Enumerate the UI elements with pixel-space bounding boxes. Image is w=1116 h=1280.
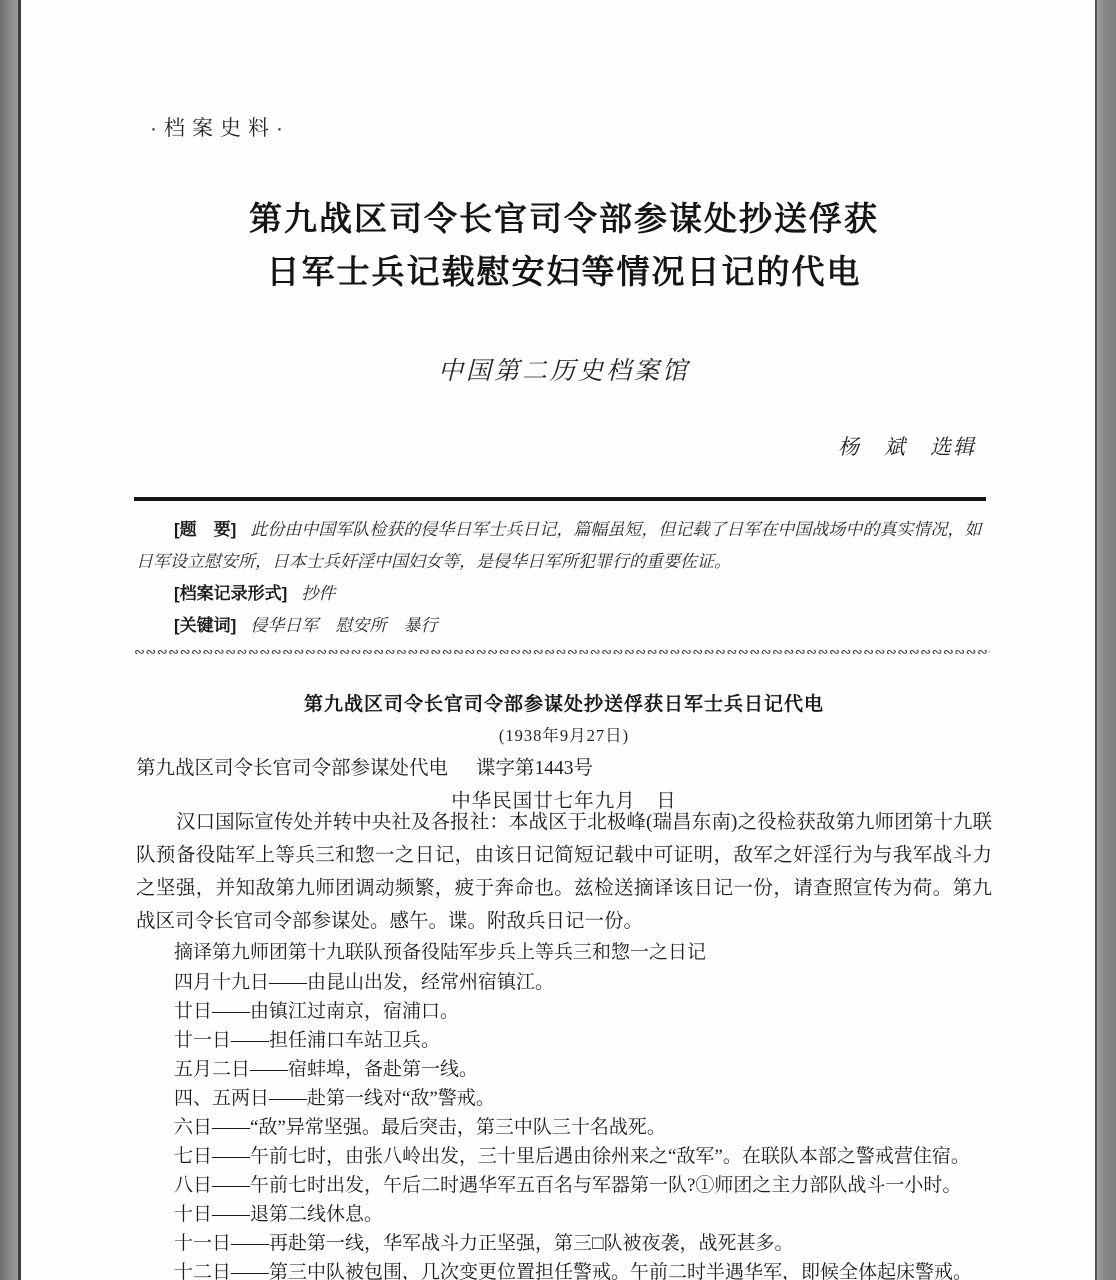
abstract-block: [题 要]此份由中国军队检获的侵华日军士兵日记，篇幅虽短，但记载了日军在中国战场… (136, 514, 992, 642)
record-format-label: [档案记录形式] (174, 584, 287, 603)
abstract-summary-text: 此份由中国军队检获的侵华日军士兵日记，篇幅虽短，但记载了日军在中国战场中的真实情… (136, 520, 981, 571)
record-format-row: [档案记录形式]抄件 (136, 578, 992, 610)
diary-entry: 四月十九日——由昆山出发，经常州宿镇江。 (136, 968, 992, 997)
abstract-summary: [题 要]此份由中国军队检获的侵华日军士兵日记，篇幅虽短，但记载了日军在中国战场… (136, 514, 992, 578)
keywords-label: [关键词] (174, 616, 236, 635)
compiler-credit: 杨 斌 选辑 (838, 431, 976, 461)
keywords-list: 侵华日军 慰安所 暴行 (250, 616, 437, 635)
diary-entry: 十一日——再赴第一线，华军战斗力正坚强，第三□队被夜袭，战死甚多。 (136, 1229, 992, 1258)
scanned-document-page: ·档案史料· 第九战区司令长官司令部参谋处抄送俘获 日军士兵记载慰安妇等情况日记… (0, 0, 1116, 1280)
diary-entry: 廿日——由镇江过南京，宿浦口。 (136, 997, 992, 1026)
diary-entry: 七日——午前七时，由张八岭出发，三十里后遇由徐州来之“敌军”。在联队本部之警戒营… (136, 1142, 992, 1171)
document-title-line1: 第九战区司令长官司令部参谋处抄送俘获 (134, 194, 994, 247)
telegram-ref-title: 第九战区司令长官司令部参谋处代电 (136, 758, 448, 779)
record-format-value: 抄件 (301, 584, 335, 603)
abstract-summary-label: [题 要] (174, 520, 236, 539)
document-title-line2: 日军士兵记载慰安妇等情况日记的代电 (134, 247, 994, 300)
telegram-heading: 第九战区司令长官司令部参谋处抄送俘获日军士兵日记代电 (134, 689, 994, 716)
telegram-body: 汉口国际宣传处并转中央社及各报社：本战区于北极峰(瑞昌东南)之役检获敌第九师团第… (136, 806, 992, 938)
telegram-body-paragraph: 汉口国际宣传处并转中央社及各报社：本战区于北极峰(瑞昌东南)之役检获敌第九师团第… (136, 806, 992, 938)
ornament-divider: ∾∾∾∾∾∾∾∾∾∾∾∾∾∾∾∾∾∾∾∾∾∾∾∾∾∾∾∾∾∾∾∾∾∾∾∾∾∾∾∾… (134, 644, 990, 662)
diary-entry: 廿一日——担任浦口车站卫兵。 (136, 1026, 992, 1055)
journal-section-label: ·档案史料· (150, 112, 290, 142)
diary-entry: 八日——午前七时出发，午后二时遇华军五百名与军器第一队?①师团之主力部队战斗一小… (136, 1171, 992, 1200)
diary-block: 摘译第九师团第十九联队预备役陆军步兵上等兵三和惣一之日记 四月十九日——由昆山出… (136, 938, 992, 1280)
diary-entry: 六日——“敌”异常坚强。最后突击，第三中队三十名战死。 (136, 1113, 992, 1142)
diary-entry: 四、五两日——赴第一线对“敌”警戒。 (136, 1084, 992, 1113)
archive-institution: 中国第二历史档案馆 (134, 351, 994, 387)
diary-entry: 十二日——第三中队被包围，几次变更位置担任警戒。午前二时半遇华军，即候全体起床警… (136, 1258, 992, 1280)
title-divider-rule (134, 497, 986, 501)
scan-edge-right (1095, 0, 1116, 1280)
diary-entry: 五月二日——宿蚌埠，备赴第一线。 (136, 1055, 992, 1084)
telegram-ref-number: 谍字第1443号 (476, 758, 593, 779)
page-content: ·档案史料· 第九战区司令长官司令部参谋处抄送俘获 日军士兵记载慰安妇等情况日记… (134, 0, 994, 1280)
diary-intro: 摘译第九师团第十九联队预备役陆军步兵上等兵三和惣一之日记 (136, 938, 992, 968)
keywords-row: [关键词]侵华日军 慰安所 暴行 (136, 610, 992, 642)
telegram-date: (1938年9月27日) (134, 722, 994, 746)
diary-entry: 十日——退第二线休息。 (136, 1200, 992, 1229)
telegram-reference-line: 第九战区司令长官司令部参谋处代电谍字第1443号 (136, 752, 593, 780)
document-title: 第九战区司令长官司令部参谋处抄送俘获 日军士兵记载慰安妇等情况日记的代电 (134, 194, 994, 300)
scan-edge-left (0, 0, 21, 1280)
